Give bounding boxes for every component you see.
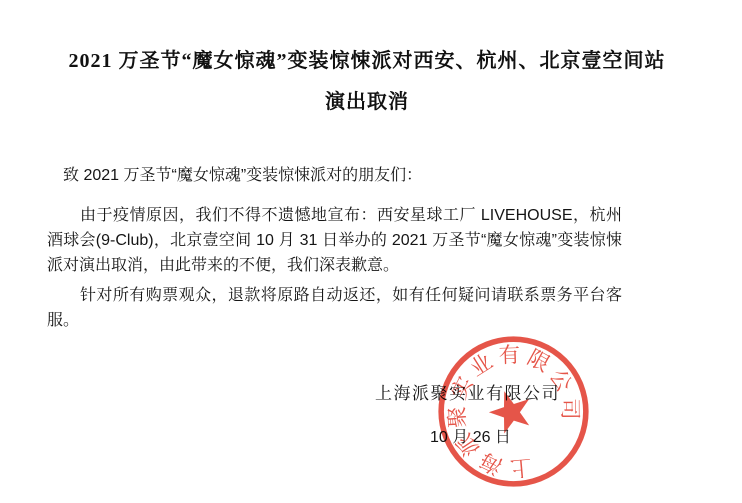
seal-icon: 上海派聚实业有限公司	[434, 332, 593, 491]
cancellation-notice-document: 2021 万圣节“魔女惊魂”变装惊悚派对西安、杭州、北京壹空间站 演出取消 致 …	[0, 0, 742, 503]
document-date: 10 月 26 日	[430, 425, 511, 450]
salutation-line: 致 2021 万圣节“魔女惊魂”变装惊悚派对的朋友们：	[63, 163, 663, 188]
signature-company-name: 上海派聚实业有限公司	[375, 381, 560, 406]
body-paragraph-refund: 针对所有购票观众，退款将原路自动返还，如有任何疑问请联系票务平台客服。	[47, 283, 622, 333]
seal-company-text: 上海派聚实业有限公司	[445, 343, 582, 481]
document-title-line2: 演出取消	[47, 89, 687, 115]
document-title-line1: 2021 万圣节“魔女惊魂”变装惊悚派对西安、杭州、北京壹空间站	[47, 48, 687, 74]
body-paragraph-cancellation: 由于疫情原因，我们不得不遗憾地宣布：西安星球工厂 LIVEHOUSE，杭州酒球会…	[47, 203, 622, 278]
company-seal-stamp: 上海派聚实业有限公司	[434, 332, 593, 491]
seal-border-circle	[441, 339, 586, 484]
